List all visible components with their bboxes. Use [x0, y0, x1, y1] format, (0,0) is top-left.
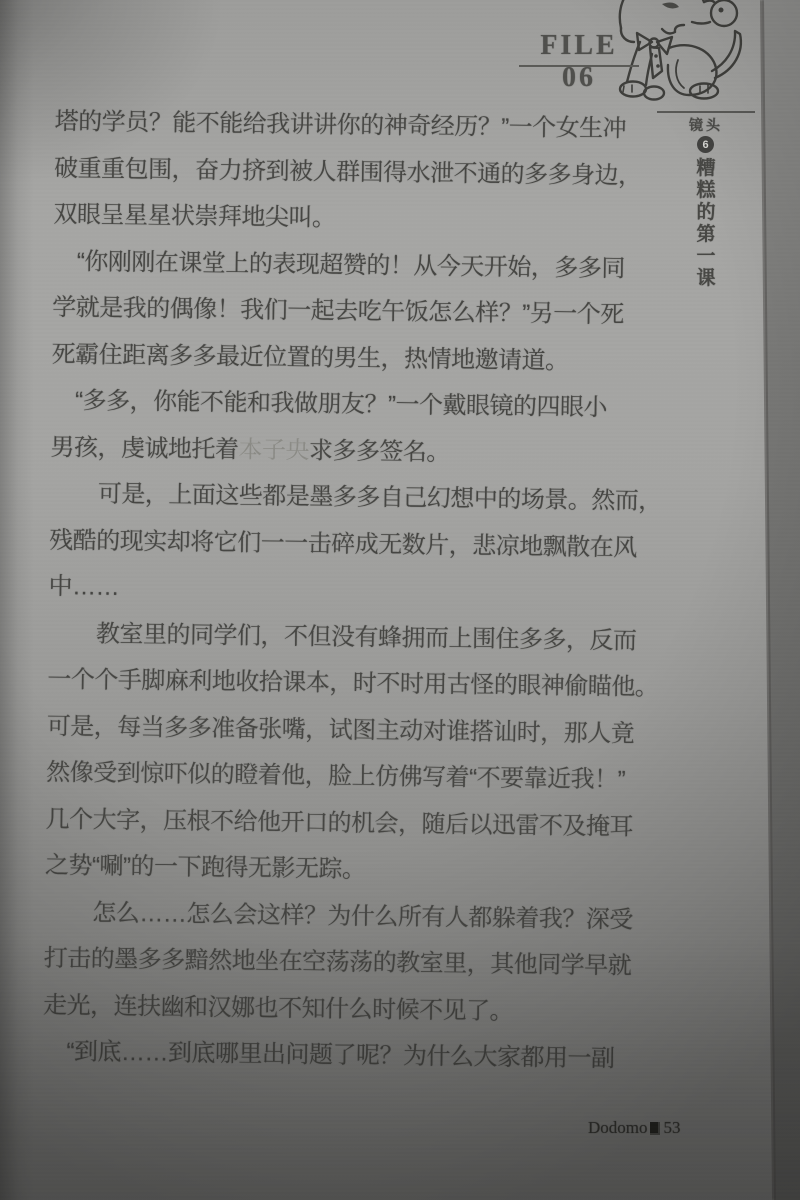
text-line: 中……	[48, 564, 664, 619]
chapter-title-vertical: 糟糕的第一课	[657, 159, 755, 289]
book-page-photo: FILE 06 镜头 6 糟糕的第一课 塔的学员？能不能给我讲讲你的神奇经历？”…	[0, 0, 800, 1200]
text-line: 打击的墨多多黯然地坐在空荡荡的教室里，其他同学早就	[43, 936, 659, 991]
text-line: 男孩，虔诚地托着本子央求多多签名。	[50, 424, 666, 479]
text-line: 塔的学员？能不能给我讲讲你的神奇经历？”一个女生冲	[54, 99, 670, 154]
chapter-title-char: 课	[696, 269, 715, 289]
chapter-title-char: 第	[696, 225, 715, 245]
text-line: “到底……到底哪里出问题了呢？为什么大家都用一副	[42, 1029, 658, 1084]
footer-page-number: 53	[664, 1118, 681, 1138]
text-line: 一个个手脚麻利地收拾课本，时不时用古怪的眼神偷瞄他。	[47, 657, 663, 712]
sidebar-section-label: 镜头	[657, 115, 755, 135]
text-line: “多多，你能不能和我做朋友？”一个戴眼镜的四眼小	[51, 378, 667, 433]
text-line: 可是，每当多多准备张嘴，试图主动对谁搭讪时，那人竟	[46, 703, 662, 758]
page-footer: Dodomo53	[588, 1118, 681, 1138]
text-line: 怎么……怎么会这样？为什么所有人都躲着我？深受	[44, 889, 660, 944]
text-line: 残酷的现实却将它们一一击碎成无数片，悲凉地飘散在风	[49, 517, 665, 572]
text-line: 几个大字，压根不给他开口的机会，随后以迅雷不及掩耳	[45, 796, 661, 851]
chapter-title-char: 的	[696, 203, 715, 223]
text-line: 双眼呈星星状崇拜地尖叫。	[53, 192, 669, 247]
chapter-title-char: 糟	[696, 159, 715, 179]
text-line: 可是，上面这些都是墨多多自己幻想中的场景。然而，	[50, 471, 666, 526]
text-segment: 求多多签名。	[309, 437, 450, 466]
chapter-title-char: 一	[696, 247, 715, 267]
text-line: 之势“唰”的一下跑得无影无踪。	[45, 843, 661, 898]
text-line: 学就是我的偶像！我们一起去吃午饭怎么样？”另一个死	[52, 285, 668, 340]
text-line: 然像受到惊吓似的瞪着他，脸上仿佛写着“不要靠近我！”	[46, 750, 662, 805]
text-line: 走光，连扶幽和汉娜也不知什么时候不见了。	[43, 982, 659, 1037]
footer-brand: Dodomo	[588, 1118, 648, 1138]
footer-logo-square-icon	[650, 1122, 660, 1135]
text-line: 破重重包围，奋力挤到被人群围得水泄不通的多多身边，	[54, 145, 670, 200]
text-line: 死霸住距离多多最近位置的男生，热情地邀请道。	[51, 331, 667, 386]
text-segment: 男孩，虔诚地托着	[50, 433, 238, 462]
chapter-file-label: FILE 06	[519, 30, 639, 67]
text-line: 教室里的同学们，不但没有蜂拥而上围住多多，反而	[48, 610, 664, 665]
faded-print-text: 本子央	[238, 436, 309, 464]
text-line: “你刚刚在课堂上的表现超赞的！从今天开始，多多同	[53, 238, 669, 293]
body-text: 塔的学员？能不能给我讲讲你的神奇经历？”一个女生冲破重重包围，奋力挤到被人群围得…	[42, 99, 670, 1083]
chapter-number-badge: 6	[697, 136, 714, 153]
chapter-title-char: 糕	[696, 181, 715, 201]
sidebar-rule	[657, 111, 755, 113]
